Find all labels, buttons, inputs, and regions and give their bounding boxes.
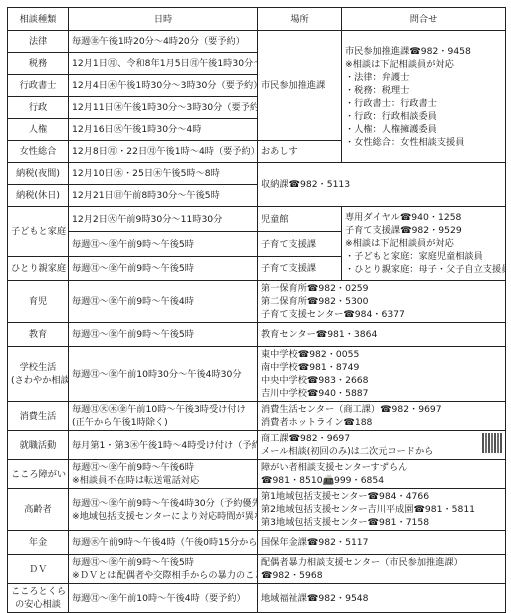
contact-cell: 配偶者暴力相談支援センター（市民参加推進課） ☎982・5968 — [258, 555, 506, 584]
category-cell: 消費生活 — [8, 402, 69, 431]
datetime-cell: 毎週㊊～㊎午前9時～午後5時 — [69, 257, 258, 281]
table-row: 育児 毎週㊊～㊎午前9時～午後4時 第一保育所☎982・0259 第二保育所☎9… — [8, 281, 506, 323]
table-row: 法律 毎週㊎午後1時20分～4時20分（要予約） 市民参加推進課 市民参加推進課… — [8, 31, 506, 53]
table-row: 学校生活 (さわやか相談) 毎週㊊～㊎午前10時30分～午後4時30分 東中学校… — [8, 347, 506, 402]
table-row: こころ障がい 毎週㊊～㊎午前9時～午後6時 ※相談員不在時は転送電話対応 障がい… — [8, 460, 506, 489]
datetime-cell: 12月16日㊋午後1時30分～4時 — [69, 119, 258, 141]
category-cell: 納税(夜間) — [8, 163, 69, 185]
place-cell: おあしす — [258, 141, 342, 163]
datetime-cell: 12月2日㊋午前9時30分～11時30分 — [69, 207, 258, 232]
consultation-schedule-table: 相談種類 日時 場所 問合せ 法律 毎週㊎午後1時20分～4時20分（要予約） … — [7, 7, 506, 587]
contact-cell: 東中学校☎982・0055 南中学校☎981・8749 中央中学校☎983・26… — [258, 347, 506, 402]
contact-cell: 商工課☎982・9697 メール相談(初回のみ)は二次元コードから — [258, 431, 506, 460]
place-cell: 子育て支援課 — [258, 257, 342, 281]
category-cell: 税務 — [8, 53, 69, 75]
category-cell: 行政書士 — [8, 75, 69, 97]
category-cell: 高齢者 — [8, 489, 69, 531]
place-cell: 子育て支援課 — [258, 232, 342, 257]
table-row: 教育 毎週㊊～㊎午前9時～午後5時 教育センター☎981・3864 — [8, 323, 506, 347]
datetime-cell: 毎週㊊～㊎午前9時～午後4時 — [69, 281, 258, 323]
table-row: 就職活動 毎月第1・第3㊍午後1時～4時受け付け（予約優先） 商工課☎982・9… — [8, 431, 506, 460]
category-cell: 学校生活 (さわやか相談) — [8, 347, 69, 402]
contact-cell: 国保年金課☎982・5117 — [258, 531, 506, 555]
category-cell: 育児 — [8, 281, 69, 323]
table-row: 子どもと家庭 12月2日㊋午前9時30分～11時30分 児童館 専用ダイヤル☎9… — [8, 207, 506, 232]
category-cell: ひとり親家庭 — [8, 257, 69, 281]
place-cell: 児童館 — [258, 207, 342, 232]
contact-cell: 地域福祉課☎982・9548 — [258, 584, 506, 588]
category-cell: 女性総合 — [8, 141, 69, 163]
table-row: 高齢者 毎週㊊～㊎午前9時～午後4時30分（予約優先） ※地域包括支援センターに… — [8, 489, 506, 531]
contact-cell: 消費生活センター（商工課）☎982・9697 消費者ホットライン☎188 — [258, 402, 506, 431]
datetime-cell: 毎週㊎午後1時20分～4時20分（要予約） — [69, 31, 258, 53]
category-cell: ＤＶ — [8, 555, 69, 584]
contact-cell: 収納課☎982・5113 — [258, 163, 506, 207]
table-row: ＤＶ 毎週㊊～㊎午前9時～午後5時 ※ＤＶとは配偶者や交際相手からの暴力のことを… — [8, 555, 506, 584]
category-cell: 人権 — [8, 119, 69, 141]
contact-cell: 市民参加推進課☎982・9458 ※相談は下記相談員が対応 ・法律：弁護士 ・税… — [342, 31, 506, 163]
datetime-cell: 12月4日㊍午後1時30分～3時30分（要予約） — [69, 75, 258, 97]
category-cell: 子どもと家庭 — [8, 207, 69, 257]
category-cell: こころ障がい — [8, 460, 69, 489]
contact-cell: 障がい者相談支援センターすずらん ☎981・8510📠999・6854 — [258, 460, 506, 489]
contact-cell: 第1地域包括支援センター☎984・4766 第2地域包括支援センター吉川平成園☎… — [258, 489, 506, 531]
category-cell: 教育 — [8, 323, 69, 347]
header-row: 相談種類 日時 場所 問合せ — [8, 8, 506, 31]
datetime-cell: 12月8日㊊・22日㊊午後1時～4時（要予約） — [69, 141, 258, 163]
datetime-cell: 毎週㊊～㊎午前10時～午後4時（要予約） — [69, 584, 258, 588]
datetime-cell: 毎週㊊～㊎午前9時～午後5時 — [69, 323, 258, 347]
datetime-cell: 12月1日㊊、令和8年1月5日㊊午後1時30分～4時(要予約) — [69, 53, 258, 75]
header-place: 場所 — [258, 8, 342, 31]
qr-code-icon[interactable] — [482, 433, 502, 453]
category-cell: 法律 — [8, 31, 69, 53]
category-cell: こころとくらし の安心相談 — [8, 584, 69, 588]
header-contact: 問合せ — [342, 8, 506, 31]
table-row: 年金 毎週㊌午前9時～午後4時（午後0時15分から1時除く） 国保年金課☎982… — [8, 531, 506, 555]
contact-cell: 第一保育所☎982・0259 第二保育所☎982・5300 子育て支援センター☎… — [258, 281, 506, 323]
datetime-cell: 毎週㊊～㊎午前9時～午後6時 ※相談員不在時は転送電話対応 — [69, 460, 258, 489]
datetime-cell: 毎週㊊～㊎午前9時～午後5時 — [69, 232, 258, 257]
datetime-cell: 毎週㊊㊋㊍㊎午前10時～午後3時受け付け (正午から午後1時除く) — [69, 402, 258, 431]
contact-cell: 教育センター☎981・3864 — [258, 323, 506, 347]
datetime-cell: 毎週㊊～㊎午前9時～午後5時 ※ＤＶとは配偶者や交際相手からの暴力のことをいう — [69, 555, 258, 584]
table-row: 納税(夜間) 12月10日㊌・25日㊍午後5時～8時 収納課☎982・5113 — [8, 163, 506, 185]
datetime-cell: 12月10日㊌・25日㊍午後5時～8時 — [69, 163, 258, 185]
header-category: 相談種類 — [8, 8, 69, 31]
header-datetime: 日時 — [69, 8, 258, 31]
category-cell: 年金 — [8, 531, 69, 555]
category-cell: 就職活動 — [8, 431, 69, 460]
category-cell: 行政 — [8, 97, 69, 119]
table-row: 消費生活 毎週㊊㊋㊍㊎午前10時～午後3時受け付け (正午から午後1時除く) 消… — [8, 402, 506, 431]
datetime-cell: 12月21日㊐午前8時30分～午後5時 — [69, 185, 258, 207]
table-row: こころとくらし の安心相談 毎週㊊～㊎午前10時～午後4時（要予約） 地域福祉課… — [8, 584, 506, 588]
contact-cell: 専用ダイヤル☎940・1258 子育て支援課☎982・9529 ※相談は下記相談… — [342, 207, 506, 281]
datetime-cell: 毎月第1・第3㊍午後1時～4時受け付け（予約優先） — [69, 431, 258, 460]
datetime-cell: 12月11日㊍午後1時30分～3時30分（要予約） — [69, 97, 258, 119]
place-cell: 市民参加推進課 — [258, 31, 342, 141]
datetime-cell: 毎週㊌午前9時～午後4時（午後0時15分から1時除く） — [69, 531, 258, 555]
datetime-cell: 毎週㊊～㊎午前9時～午後4時30分（予約優先） ※地域包括支援センターにより対応… — [69, 489, 258, 531]
category-cell: 納税(休日) — [8, 185, 69, 207]
datetime-cell: 毎週㊊～㊎午前10時30分～午後4時30分 — [69, 347, 258, 402]
